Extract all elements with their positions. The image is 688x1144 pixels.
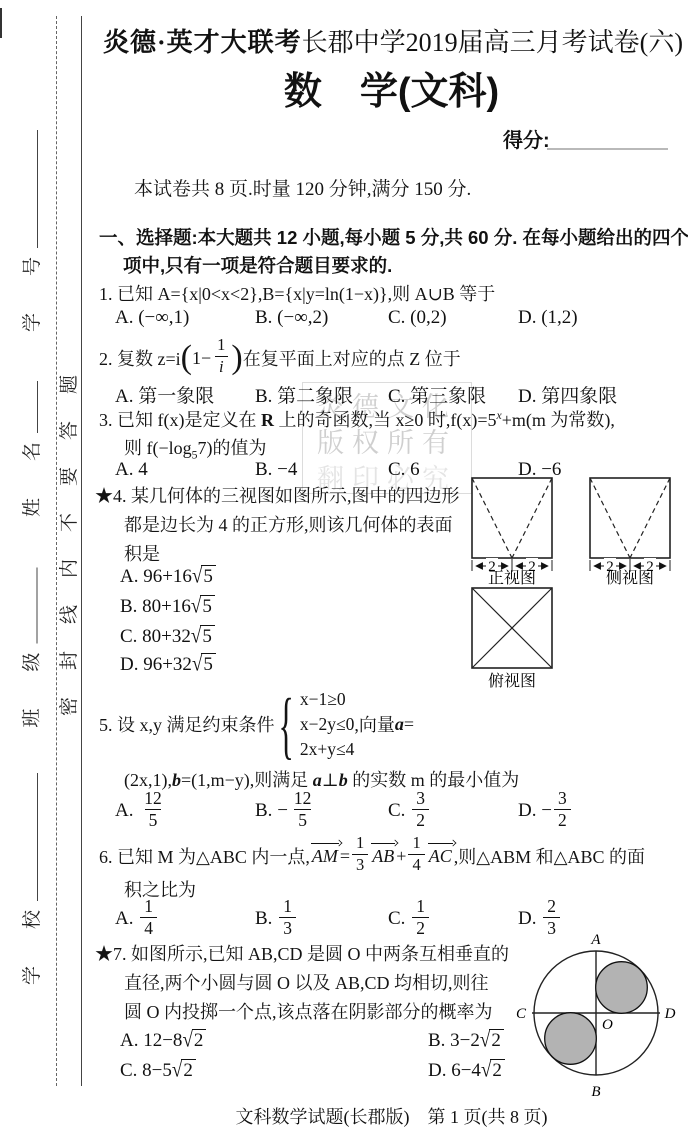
q7-option-a: A. 12−8√2 xyxy=(120,1030,206,1052)
q5-stem: 5. 设 x,y 满足约束条件 { x−1≥0 x−2y≤0 2x+y≤4 ,向… xyxy=(99,686,414,762)
side-view: 2 2 侧视图 xyxy=(590,478,670,587)
q3-option-a: A. 4 xyxy=(115,459,148,481)
q3-bold-R: R xyxy=(261,410,274,430)
q7-stem-line2: 直径,两个小圆与圆 O 以及 AB,CD 均相切,则往 xyxy=(124,969,489,995)
q1-option-d: D. (1,2) xyxy=(518,307,578,329)
vector-AC: AC xyxy=(427,846,454,867)
radicand: 5 xyxy=(201,565,216,587)
q6-plus: + xyxy=(396,846,406,867)
q2-stem-pre: 2. 复数 z=i xyxy=(99,345,181,371)
score-label: 得分: xyxy=(503,124,550,153)
score-blank-line xyxy=(547,148,668,150)
front-view-label: 正视图 xyxy=(488,569,536,587)
q7-option-c: C. 8−5√2 xyxy=(120,1060,196,1082)
q2-option-b: B. 第二象限 xyxy=(255,381,353,408)
q1-option-b: B. (−∞,2) xyxy=(255,307,328,329)
fraction: 13 xyxy=(352,835,368,873)
point-D-label: D xyxy=(664,1006,676,1022)
q4-option-b-text: B. 80+16 xyxy=(120,596,191,617)
q5-option-d: D. −32 xyxy=(518,790,573,832)
exam-paper-page: 学 号 姓 名 班 级 学 校 密封线内不要答题 炎德文化 版权所有 翻印必究 … xyxy=(0,0,688,1144)
vector-AM: AM xyxy=(310,846,340,867)
q4-option-d: D. 96+32√5 xyxy=(120,654,216,676)
q1-option-a: A. (−∞,1) xyxy=(115,307,189,329)
constraint-system: x−1≥0 x−2y≤0 2x+y≤4 xyxy=(300,687,354,762)
blank-line xyxy=(17,130,38,248)
vector-b: b xyxy=(172,770,181,790)
q4-stem-line3: 积是 xyxy=(124,540,160,566)
q6-option-c: C. 12 xyxy=(388,898,431,940)
q7-stem-line1: ★7. 如图所示,已知 AB,CD 是圆 O 中两条互相垂直的 xyxy=(95,940,509,966)
q2-options: A. 第一象限 B. 第二象限 C. 第三象限 D. 第四象限 xyxy=(0,381,688,409)
constraint-3: 2x+y≤4 xyxy=(300,737,354,762)
point-A-label: A xyxy=(590,932,601,948)
q4-option-a: A. 96+16√5 xyxy=(120,566,216,588)
q5-cont3: 的实数 m 的最小值为 xyxy=(348,770,520,790)
vector-AB: AB xyxy=(370,846,396,867)
vector-b: b xyxy=(339,770,348,790)
q2-option-a: A. 第一象限 xyxy=(115,381,214,408)
q3-l2b: 7)的值为 xyxy=(197,438,266,458)
vector-a: a xyxy=(313,770,322,790)
q4-option-d-text: D. 96+32 xyxy=(120,654,192,675)
point-C-label: C xyxy=(516,1006,527,1022)
q2-stem-mid: 1− xyxy=(192,348,211,369)
q6-option-a: A. 14 xyxy=(115,898,159,940)
q6-option-b: B. 13 xyxy=(255,898,298,940)
q2-option-c: C. 第三象限 xyxy=(388,381,486,408)
point-O-label: O xyxy=(602,1017,613,1033)
section1-line2: 项中,只有一项是符合题目要求的. xyxy=(123,252,392,278)
q3-seg2: 上的奇函数,当 x≥0 时,f(x)=5 xyxy=(274,410,497,430)
q3-l2a: 则 f(−log xyxy=(124,438,192,458)
circle-figure: A B C D O xyxy=(505,928,688,1102)
q4-option-a-text: A. 96+16 xyxy=(120,566,192,587)
q7-option-b: B. 3−2√2 xyxy=(428,1030,504,1052)
q6-pre: 6. 已知 M 为△ABC 内一点, xyxy=(99,843,310,869)
q3-option-b: B. −4 xyxy=(255,459,297,481)
q4-option-b: B. 80+16√5 xyxy=(120,596,215,618)
radicand: 5 xyxy=(200,595,215,617)
vector-a: a xyxy=(395,714,404,735)
side-view-label: 侧视图 xyxy=(606,569,654,587)
q3-stem-line2: 则 f(−log57)的值为 xyxy=(124,434,266,462)
exam-title-rest: 长郡中学2019届高三月考试卷(六) xyxy=(302,28,683,57)
page-footer: 文科数学试题(长郡版) 第 1 页(共 8 页) xyxy=(95,1103,688,1129)
q5-option-b: B. −125 xyxy=(255,790,317,832)
q5-options: A. 125 B. −125 C. 32 D. −32 xyxy=(0,790,688,832)
top-view-label: 俯视图 xyxy=(488,672,536,690)
q5-cont2: =(1,m−y),则满足 xyxy=(181,770,313,790)
q5-eq: = xyxy=(404,714,414,735)
three-view-figure: 2 2 正视图 2 2 侧视图 俯视图 xyxy=(460,470,688,694)
q5-option-c: C. 32 xyxy=(388,790,431,832)
perp-symbol: ⊥ xyxy=(322,770,339,790)
sqrt: √5 xyxy=(191,596,215,617)
q7-stem-line3: 圆 O 内投掷一个点,该点落在阴影部分的概率为 xyxy=(124,998,493,1024)
paper-notice: 本试卷共 8 页.时量 120 分钟,满分 150 分. xyxy=(134,174,471,201)
q5-option-a: A. 125 xyxy=(115,790,168,832)
blank-line xyxy=(17,567,38,643)
q6-eq: = xyxy=(340,846,350,867)
fraction: 14 xyxy=(408,835,424,873)
q4-option-c-text: C. 80+32 xyxy=(120,626,191,647)
exam-title-line: 炎德·英才大联考长郡中学2019届高三月考试卷(六) xyxy=(103,22,683,59)
shaded-small-circle-upper xyxy=(596,962,648,1014)
q5-pre: 5. 设 x,y 满足约束条件 xyxy=(99,711,275,737)
q5-stem-line2: (2x,1),b=(1,m−y),则满足 a⊥b 的实数 m 的最小值为 xyxy=(124,766,519,792)
subject-title: 数 学(文科) xyxy=(95,60,688,115)
q1-stem: 1. 已知 A={x|0<x<2},B={x|y=ln(1−x)},则 A∪B … xyxy=(99,280,495,306)
q3-seg1: 3. 已知 f(x)是定义在 xyxy=(99,410,261,430)
constraint-2: x−2y≤0 xyxy=(300,712,354,737)
q1-option-c: C. (0,2) xyxy=(388,307,447,329)
q1-options: A. (−∞,1) B. (−∞,2) C. (0,2) D. (1,2) xyxy=(0,307,688,335)
q6-stem: 6. 已知 M 为△ABC 内一点,AM=13AB+14AC,则△ABM 和△A… xyxy=(99,836,645,876)
field-class-label: 班 级 xyxy=(21,643,42,727)
exam-series: 炎德·英才大联考 xyxy=(103,28,302,57)
q4-stem-line2: 都是边长为 4 的正方形,则该几何体的表面 xyxy=(124,511,453,537)
q3-stem-line1: 3. 已知 f(x)是定义在 R 上的奇函数,当 x≥0 时,f(x)=5x+m… xyxy=(99,406,615,432)
point-B-label: B xyxy=(591,1084,600,1100)
q2-option-d: D. 第四象限 xyxy=(518,381,617,408)
q3-seg3: +m(m 为常数), xyxy=(502,410,615,430)
q4-option-c: C. 80+32√5 xyxy=(120,626,215,648)
q3-option-c: C. 6 xyxy=(388,459,420,481)
field-class: 班 级 xyxy=(17,553,43,728)
q7-option-d: D. 6−4√2 xyxy=(428,1060,505,1082)
corner-tick xyxy=(0,8,2,38)
q6-post: ,则△ABM 和△ABC 的面 xyxy=(454,843,645,869)
denominator: i xyxy=(215,356,228,376)
top-view: 俯视图 xyxy=(472,588,552,690)
section1-line1: 一、选择题:本大题共 12 小题,每小题 5 分,共 60 分. 在每小题给出的… xyxy=(99,224,688,250)
radicand: 5 xyxy=(200,625,215,647)
constraint-1: x−1≥0 xyxy=(300,687,354,712)
sqrt: √5 xyxy=(191,626,215,647)
numerator: 1 xyxy=(213,337,229,356)
shaded-small-circle-lower xyxy=(545,1013,597,1065)
field-student-number: 学 号 xyxy=(17,112,43,332)
radicand: 5 xyxy=(201,653,216,675)
q2-stem: 2. 复数 z=i(1−1i)在复平面上对应的点 Z 位于 xyxy=(99,338,461,378)
q4-stem-line1: ★4. 某几何体的三视图如图所示,图中的四边形 xyxy=(95,482,460,508)
q5-mid: ,向量 xyxy=(354,711,395,737)
sqrt: √5 xyxy=(192,566,216,587)
q5-cont1: (2x,1), xyxy=(124,770,172,790)
q2-fraction: 1i xyxy=(213,337,229,375)
q2-stem-post: 在复平面上对应的点 Z 位于 xyxy=(243,345,461,371)
sqrt: √5 xyxy=(192,654,216,675)
front-view: 2 2 正视图 xyxy=(472,478,552,587)
